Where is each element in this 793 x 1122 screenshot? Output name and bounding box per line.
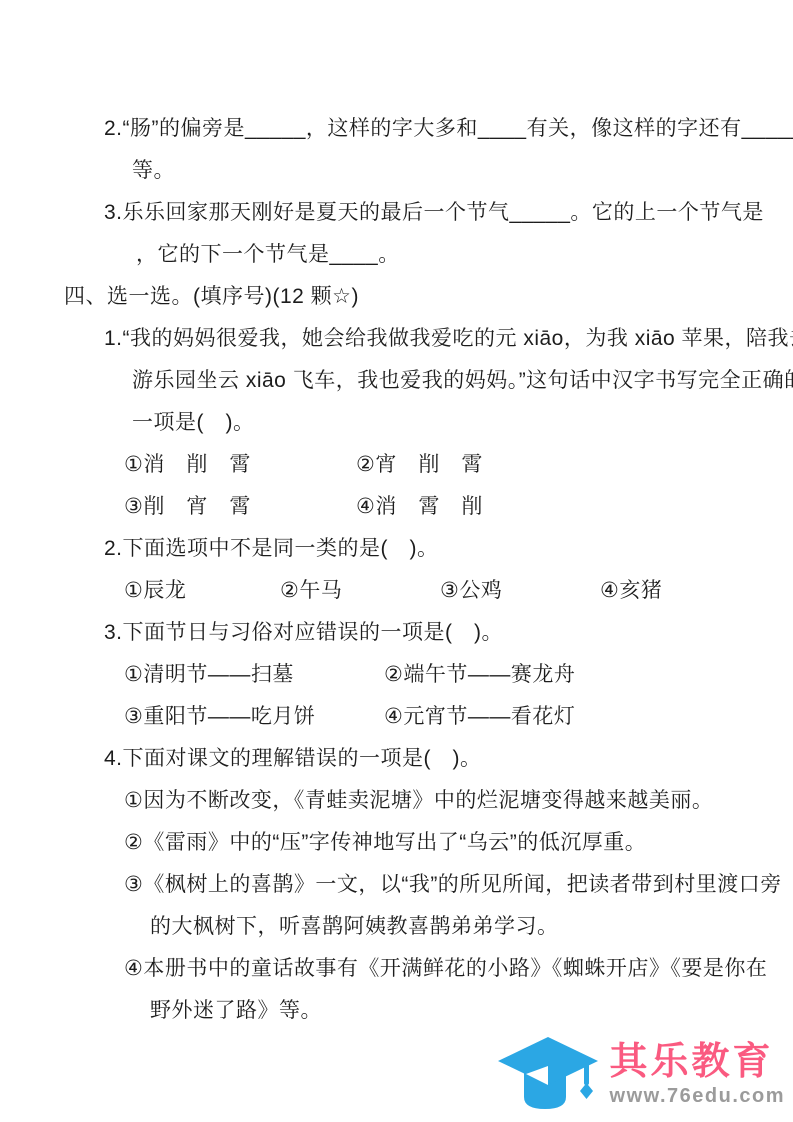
s4-q1-option-row-1: ①消 削 霄 ②宵 削 霄 bbox=[0, 444, 793, 486]
s4-q2-option-3: ③公鸡 bbox=[440, 570, 600, 612]
q3-fill-blank-line1: 3.乐乐回家那天刚好是夏天的最后一个节气_____。它的上一个节气是 bbox=[0, 192, 793, 234]
site-logo: 其乐教育 www.76edu.com bbox=[496, 1033, 785, 1115]
s4-q2-option-1: ①辰龙 bbox=[124, 570, 280, 612]
s4-q4-option-4-line2: 野外迷了路》等。 bbox=[0, 990, 793, 1032]
q3-fill-blank-line2: ，它的下一个节气是____。 bbox=[0, 234, 793, 276]
s4-q1-line3: 一项是( )。 bbox=[0, 402, 793, 444]
s4-q1-option-3: ③削 宵 霄 bbox=[124, 486, 356, 528]
s4-q3-text: 3.下面节日与习俗对应错误的一项是( )。 bbox=[0, 612, 793, 654]
q2-fill-blank-line1: 2.“肠”的偏旁是_____，这样的字大多和____有关，像这样的字还有____… bbox=[0, 108, 793, 150]
s4-q2-option-2: ②午马 bbox=[280, 570, 440, 612]
s4-q3-option-row-1: ①清明节——扫墓 ②端午节——赛龙舟 bbox=[0, 654, 793, 696]
worksheet-page: 2.“肠”的偏旁是_____，这样的字大多和____有关，像这样的字还有____… bbox=[0, 0, 793, 1122]
s4-q1-line2: 游乐园坐云 xiāo 飞车，我也爱我的妈妈。”这句话中汉字书写完全正确的 bbox=[0, 360, 793, 402]
s4-q4-text: 4.下面对课文的理解错误的一项是( )。 bbox=[0, 738, 793, 780]
s4-q3-option-3: ③重阳节——吃月饼 bbox=[124, 696, 384, 738]
s4-q1-option-1: ①消 削 霄 bbox=[124, 444, 356, 486]
s4-q4-option-2: ②《雷雨》中的“压”字传神地写出了“乌云”的低沉厚重。 bbox=[0, 822, 793, 864]
s4-q2-option-row: ①辰龙 ②午马 ③公鸡 ④亥猪 bbox=[0, 570, 793, 612]
s4-q1-option-2: ②宵 削 霄 bbox=[356, 444, 483, 486]
s4-q4-option-1: ①因为不断改变，《青蛙卖泥塘》中的烂泥塘变得越来越美丽。 bbox=[0, 780, 793, 822]
s4-q4-option-4-line1: ④本册书中的童话故事有《开满鲜花的小路》《蜘蛛开店》《要是你在 bbox=[0, 948, 793, 990]
s4-q3-option-4: ④元宵节——看花灯 bbox=[384, 696, 575, 738]
s4-q1-option-row-2: ③削 宵 霄 ④消 霄 削 bbox=[0, 486, 793, 528]
s4-q2-option-4: ④亥猪 bbox=[600, 570, 662, 612]
s4-q2-text: 2.下面选项中不是同一类的是( )。 bbox=[0, 528, 793, 570]
logo-text: 其乐教育 www.76edu.com bbox=[610, 1040, 785, 1108]
logo-website-url: www.76edu.com bbox=[610, 1084, 785, 1108]
s4-q1-line1: 1.“我的妈妈很爱我，她会给我做我爱吃的元 xiāo，为我 xiāo 苹果，陪我… bbox=[0, 318, 793, 360]
s4-q1-option-4: ④消 霄 削 bbox=[356, 486, 483, 528]
graduation-cap-icon bbox=[496, 1033, 604, 1115]
q2-fill-blank-line2: 等。 bbox=[0, 150, 793, 192]
logo-brand-name: 其乐教育 bbox=[610, 1040, 774, 1084]
s4-q4-option-3-line2: 的大枫树下，听喜鹊阿姨教喜鹊弟弟学习。 bbox=[0, 906, 793, 948]
worksheet-content: 2.“肠”的偏旁是_____，这样的字大多和____有关，像这样的字还有____… bbox=[0, 0, 793, 1032]
s4-q3-option-2: ②端午节——赛龙舟 bbox=[384, 654, 575, 696]
s4-q4-option-3-line1: ③《枫树上的喜鹊》一文，以“我”的所见所闻，把读者带到村里渡口旁 bbox=[0, 864, 793, 906]
section4-header: 四、选一选。(填序号)(12 颗☆) bbox=[0, 276, 793, 318]
s4-q3-option-row-2: ③重阳节——吃月饼 ④元宵节——看花灯 bbox=[0, 696, 793, 738]
s4-q3-option-1: ①清明节——扫墓 bbox=[124, 654, 384, 696]
